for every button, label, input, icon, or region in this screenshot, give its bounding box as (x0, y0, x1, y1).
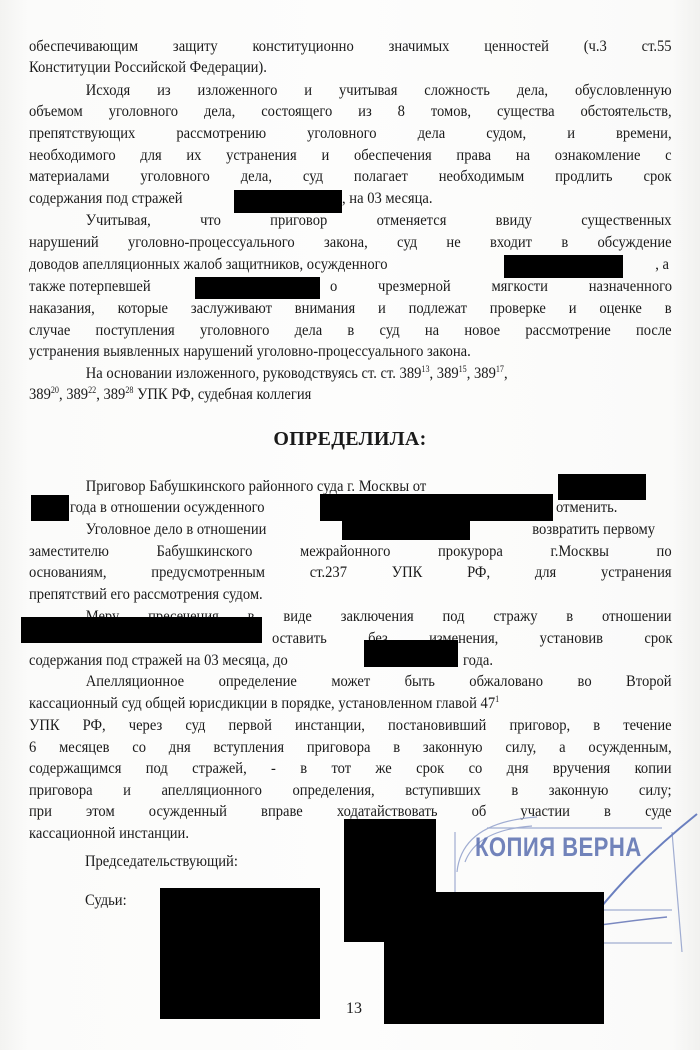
text-fragment: 389 (29, 385, 51, 403)
text-fragment: содержания под стражей на 03 месяца, до (29, 651, 288, 669)
text-line: Конституции Российской Федерации). (29, 57, 608, 78)
text-fragment: Приговор Бабушкинского районного суда г.… (86, 477, 427, 495)
redaction-box (21, 617, 262, 643)
text-line: оставить без изменения, установив срок (272, 628, 673, 649)
text-line: содержащимся под стражей, - в тот же сро… (29, 758, 672, 779)
text-line: Апелляционное определение может быть обж… (29, 671, 672, 692)
judges-label: Судьи: (85, 891, 127, 910)
presiding-label: Председательствующий: (85, 852, 238, 871)
text-fragment: кассационный суд общей юрисдикции в поря… (29, 694, 495, 712)
superscript: 28 (125, 385, 133, 395)
text-line: препятствий его рассмотрения судом. (29, 584, 608, 605)
text-fragment: также потерпевшей (29, 277, 151, 295)
text-fragment: года в отношении осужденного (70, 498, 265, 516)
text-line: наказания, которые заслуживают внимания … (29, 298, 672, 319)
text-line: УПК РФ, через суд первой инстанции, пост… (29, 715, 672, 736)
text-fragment: , на 03 месяца. (342, 189, 433, 207)
redaction-box (384, 892, 604, 1024)
text-fragment: возвратить первому (532, 520, 655, 538)
redaction-box (160, 888, 320, 1019)
text-line: заместителю Бабушкинского межрайонного п… (29, 541, 672, 562)
redaction-box (364, 640, 458, 667)
text-fragment: отменить. (556, 498, 617, 516)
superscript: 17 (496, 364, 504, 374)
text-line: кассационный суд общей юрисдикции в поря… (29, 693, 608, 714)
text-line: о чрезмерной мягкости назначенного (330, 276, 672, 297)
superscript: 1 (495, 694, 499, 704)
text-line: На основании изложенного, руководствуясь… (29, 363, 608, 384)
text-line: случае поступления уголовного дела в суд… (29, 320, 672, 341)
redaction-box (31, 495, 69, 521)
redaction-box (195, 277, 320, 299)
stamp-text: КОПИЯ ВЕРНА (475, 832, 642, 863)
text-line: необходимого для их устранения и обеспеч… (29, 145, 672, 166)
text-line: года. (463, 650, 535, 671)
text-line: обеспечивающим защиту конституционно зна… (29, 36, 672, 57)
text-fragment: доводов апелляционных жалоб защитников, … (29, 255, 388, 273)
text-fragment: УПК РФ, судебная коллегия (133, 385, 311, 403)
text-line: материалами уголовного дела, суд полагае… (29, 166, 672, 187)
text-fragment: , а (655, 255, 669, 273)
text-line: препятствующих рассмотрению уголовного д… (29, 123, 672, 144)
text-line: приговора и апелляционного определения, … (29, 780, 672, 801)
text-fragment: года. (463, 651, 493, 669)
redaction-box (504, 255, 623, 278)
text-line: , на 03 месяца. (342, 188, 522, 209)
superscript: 15 (459, 364, 467, 374)
text-line: отменить. (556, 497, 664, 518)
text-fragment: На основании изложенного, руководствуясь… (86, 364, 422, 382)
text-line: , а (624, 254, 669, 275)
text-line: возвратить первому (475, 519, 655, 540)
text-line: основаниям, предусмотренным ст.237 УПК Р… (29, 562, 672, 583)
document-page: обеспечивающим защиту конституционно зна… (0, 0, 700, 1050)
text-line: 38920, 38922, 38928 УПК РФ, судебная кол… (29, 384, 608, 405)
section-heading: ОПРЕДЕЛИЛА: (0, 428, 700, 451)
text-fragment: Уголовное дело в отношении (86, 520, 267, 538)
text-line: устранения выявленных нарушений уголовно… (29, 341, 608, 362)
text-line: 6 месяцев со дня вступления приговора в … (29, 737, 672, 758)
text-line: Исходя из изложенного и учитывая сложнос… (29, 80, 672, 101)
superscript: 20 (51, 385, 59, 395)
text-fragment: содержания под стражей (29, 189, 183, 207)
superscript: 22 (88, 385, 96, 395)
text-line: объемом уголовного дела, состоящего из 8… (29, 101, 672, 122)
redaction-box (342, 517, 470, 540)
superscript: 13 (421, 364, 429, 374)
text-line: Учитывая, что приговор отменяется ввиду … (29, 210, 672, 231)
text-line: нарушений уголовно-процессуального закон… (29, 232, 672, 253)
page-number: 13 (346, 1000, 362, 1018)
